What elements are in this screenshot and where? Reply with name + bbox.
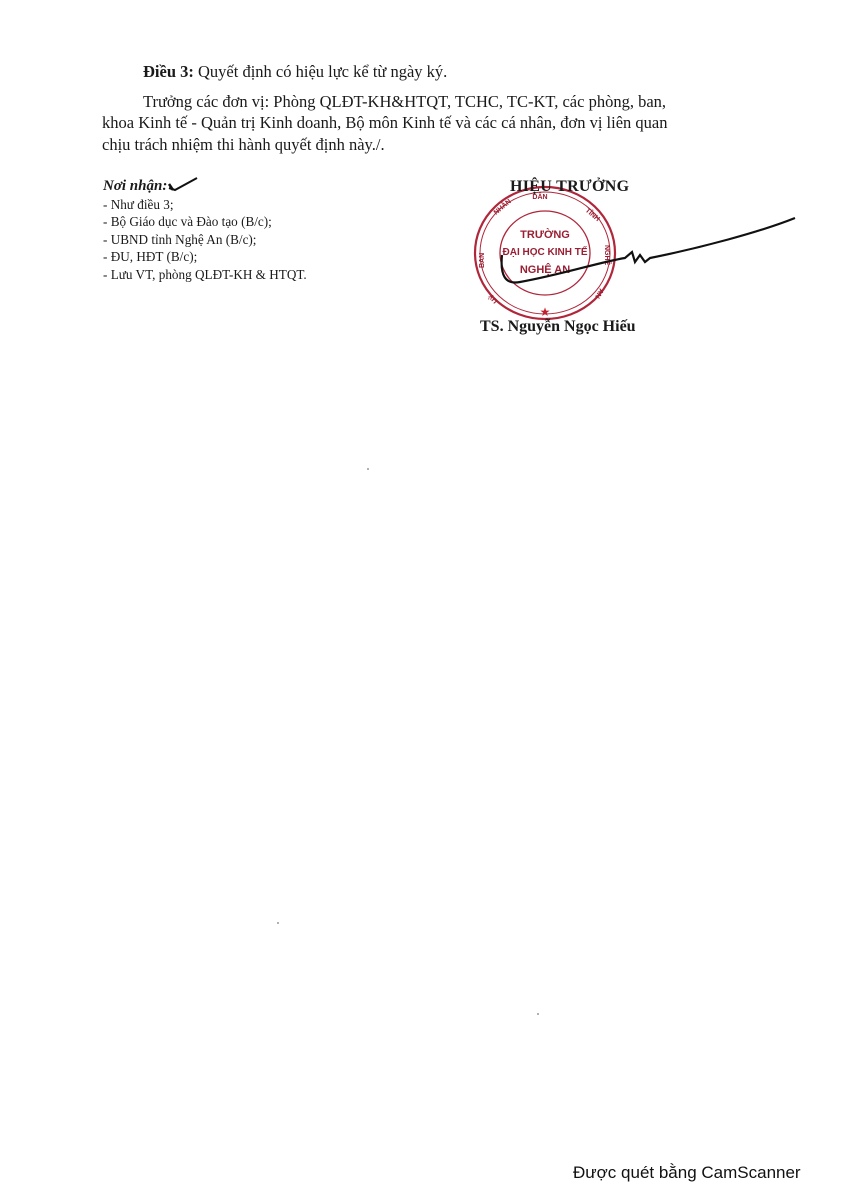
responsibility-line-3: chịu trách nhiệm thi hành quyết định này… <box>102 135 385 155</box>
article-3-line: Điều 3: Quyết định có hiệu lực kể từ ngà… <box>143 62 447 82</box>
checkmark-scribble-icon <box>167 176 199 192</box>
recipient-item: - UBND tỉnh Nghệ An (B/c); <box>103 231 307 249</box>
responsibility-line-1: Trưởng các đơn vị: Phòng QLĐT-KH&HTQT, T… <box>143 92 666 112</box>
recipient-item: - ĐU, HĐT (B/c); <box>103 248 307 266</box>
recipients-title: Nơi nhận: <box>103 176 307 196</box>
recipient-item: - Như điều 3; <box>103 196 307 214</box>
svg-text:NGHỆ AN: NGHỆ AN <box>520 263 570 276</box>
recipient-item: - Bộ Giáo dục và Đào tạo (B/c); <box>103 213 307 231</box>
signature-title: HIỆU TRƯỞNG <box>510 178 629 196</box>
scan-speck <box>277 922 279 924</box>
article-3-text: Quyết định có hiệu lực kể từ ngày ký. <box>194 62 447 81</box>
responsibility-line-2: khoa Kinh tế - Quản trị Kinh doanh, Bộ m… <box>102 113 667 133</box>
official-stamp-icon: TRƯỜNG ĐẠI HỌC KINH TẾ NGHỆ AN DÂN TỈNH … <box>470 183 620 323</box>
svg-text:TRƯỜNG: TRƯỜNG <box>520 228 570 241</box>
camscanner-watermark: Được quét bằng CamScanner <box>573 1163 801 1183</box>
svg-text:NGHỆ: NGHỆ <box>603 245 612 266</box>
svg-text:ĐẠI HỌC KINH TẾ: ĐẠI HỌC KINH TẾ <box>503 245 588 258</box>
signer-name: TS. Nguyễn Ngọc Hiếu <box>480 318 636 336</box>
recipient-item: - Lưu VT, phòng QLĐT-KH & HTQT. <box>103 266 307 284</box>
svg-text:★: ★ <box>540 305 551 319</box>
svg-text:BAN: BAN <box>479 253 486 268</box>
scan-speck <box>367 468 369 470</box>
article-3-label: Điều 3: <box>143 62 194 81</box>
scan-speck <box>537 1013 539 1015</box>
svg-text:TỈNH: TỈNH <box>584 206 602 223</box>
recipients-block: Nơi nhận: - Như điều 3; - Bộ Giáo dục và… <box>103 176 307 283</box>
svg-text:AN: AN <box>593 287 604 299</box>
